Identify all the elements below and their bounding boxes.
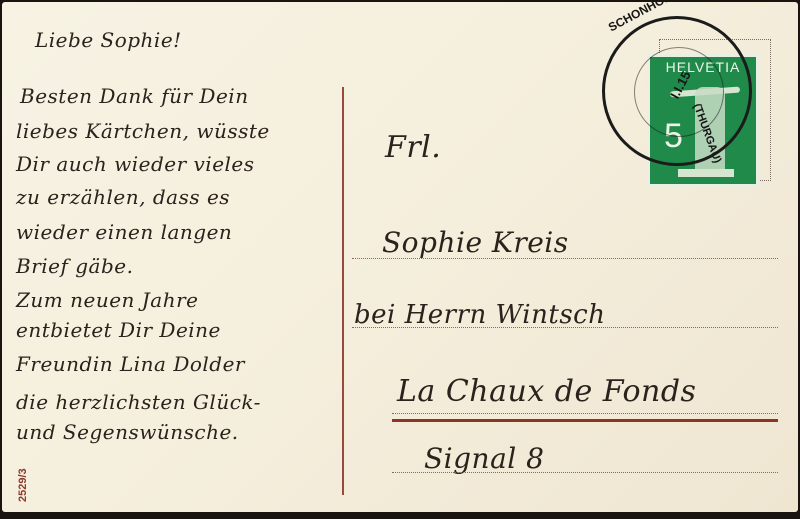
postcard-back: Liebe Sophie! Besten Dank für Dein liebe… <box>2 2 798 512</box>
address-city: La Chaux de Fonds <box>397 374 696 409</box>
address-care-of: bei Herrn Wintsch <box>354 300 605 330</box>
divider-line <box>342 87 344 495</box>
address-name: Sophie Kreis <box>382 226 569 259</box>
print-number: 2529/3 <box>17 468 29 502</box>
message-line: Brief gäbe. <box>16 254 133 278</box>
message-line: zu erzählen, dass es <box>16 185 230 209</box>
address-line <box>392 472 778 473</box>
message-line: und Segenswünsche. <box>16 420 239 444</box>
city-underline <box>392 419 778 422</box>
greeting: Liebe Sophie! <box>35 28 182 52</box>
address-line <box>392 413 778 414</box>
address-street: Signal 8 <box>424 442 544 475</box>
message-line: Zum neuen Jahre <box>16 288 199 312</box>
message-line: entbietet Dir Deine <box>16 318 221 342</box>
address-line <box>352 258 778 259</box>
message-line: Dir auch wieder vieles <box>16 152 255 176</box>
pedestal-icon <box>678 169 734 177</box>
address-salutation: Frl. <box>385 130 441 165</box>
message-line: Besten Dank für Dein <box>20 84 249 108</box>
message-line: Freundin Lina Dolder <box>16 352 245 376</box>
message-line: wieder einen langen <box>16 220 232 244</box>
message-line: die herzlichsten Glück- <box>16 390 261 414</box>
message-line: liebes Kärtchen, wüsste <box>16 119 270 143</box>
address-line <box>352 327 778 328</box>
